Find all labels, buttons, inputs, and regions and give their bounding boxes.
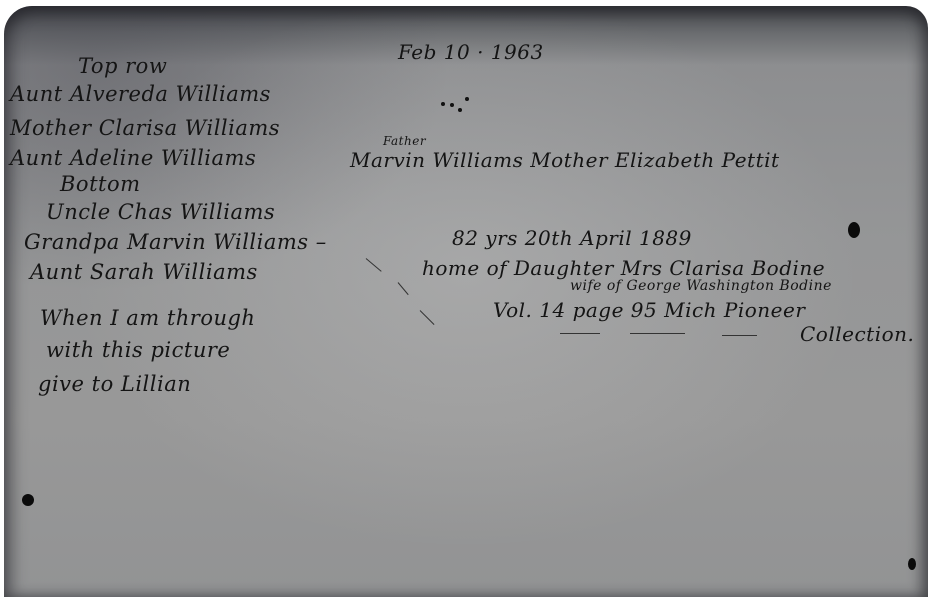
heading-bottom-row: Bottom [60, 172, 141, 196]
bottom-row-name-2: Grandpa Marvin Williams – [24, 230, 327, 254]
top-row-name-1: Aunt Alvereda Williams [10, 82, 271, 106]
age-date-line: 82 yrs 20th April 1889 [452, 226, 692, 250]
underline-stroke [560, 333, 600, 334]
father-label: Father [383, 134, 426, 148]
ink-blot [22, 494, 34, 506]
reference-line: Vol. 14 page 95 Mich Pioneer [493, 298, 805, 322]
underline-stroke [630, 333, 685, 334]
reference-continued: Collection. [800, 322, 914, 346]
ink-dot [450, 103, 454, 107]
top-row-name-3: Aunt Adeline Williams [10, 146, 256, 170]
ink-blot [848, 222, 860, 238]
wife-of-line: wife of George Washington Bodine [570, 278, 832, 294]
top-row-name-2: Mother Clarisa Williams [10, 116, 280, 140]
bottom-row-name-3: Aunt Sarah Williams [30, 260, 258, 284]
ink-dot [441, 102, 445, 106]
note-line-2: with this picture [46, 338, 230, 362]
ink-dot [465, 97, 469, 101]
bottom-row-name-1: Uncle Chas Williams [46, 200, 275, 224]
parents-line: Marvin Williams Mother Elizabeth Pettit [350, 148, 780, 172]
ink-blot [908, 558, 916, 570]
ink-dot [458, 108, 462, 112]
date-inscription: Feb 10 · 1963 [398, 40, 544, 64]
heading-top-row: Top row [78, 54, 167, 78]
note-line-3: give to Lillian [38, 372, 191, 396]
note-line-1: When I am through [40, 306, 255, 330]
underline-stroke [722, 335, 757, 336]
death-place-line: home of Daughter Mrs Clarisa Bodine [422, 256, 825, 280]
